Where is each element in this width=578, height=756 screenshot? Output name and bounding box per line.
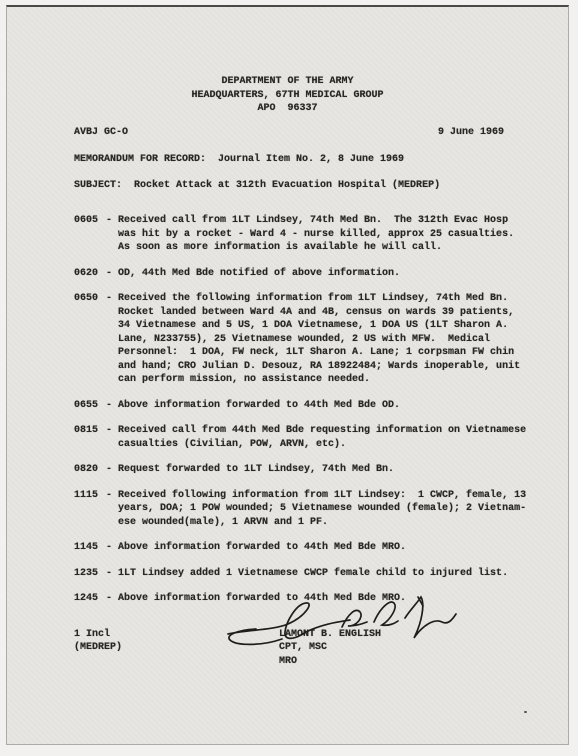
entry-text: Received call from 44th Med Bde requesti… (118, 424, 534, 451)
entry-separator: - (100, 541, 118, 555)
entry-separator: - (100, 424, 118, 451)
entry-time: 0605 (74, 214, 100, 255)
entry-separator: - (100, 592, 118, 606)
journal-entries: 0605 - Received call from 1LT Lindsey, 7… (74, 214, 534, 606)
entry-time: 0815 (74, 424, 100, 451)
entry-text: Received call from 1LT Lindsey, 74th Med… (118, 214, 534, 255)
entry-time: 0620 (74, 267, 100, 281)
signature-block: LAMONT B. ENGLISH CPT, MSC MRO (279, 628, 381, 669)
entry-separator: - (100, 399, 118, 413)
journal-entry-0655: 0655 - Above information forwarded to 44… (74, 399, 534, 413)
journal-entry-0650: 0650 - Received the following informatio… (74, 292, 534, 387)
signer-rank: CPT, MSC (279, 641, 381, 655)
subject-value: Rocket Attack at 312th Evacuation Hospit… (134, 179, 440, 193)
entry-time: 1245 (74, 592, 100, 606)
office-symbol-row: AVBJ GC-O 9 June 1969 (74, 126, 534, 140)
entry-text: Above information forwarded to 44th Med … (118, 592, 534, 606)
entry-text: Received the following information from … (118, 292, 534, 387)
subject-line: SUBJECT: Rocket Attack at 312th Evacuati… (74, 179, 534, 193)
entry-time: 1235 (74, 567, 100, 581)
letterhead-line-1: DEPARTMENT OF THE ARMY (7, 75, 568, 89)
scanned-memo-page: { "document": { "header": { "line1": "DE… (0, 0, 578, 756)
journal-entry-0620: 0620 - OD, 44th Med Bde notified of abov… (74, 267, 534, 281)
office-symbol: AVBJ GC-O (74, 126, 128, 140)
subject-label: SUBJECT: (74, 179, 122, 193)
entry-separator: - (100, 463, 118, 477)
signer-name: LAMONT B. ENGLISH (279, 628, 381, 642)
entry-text: OD, 44th Med Bde notified of above infor… (118, 267, 534, 281)
entry-text: Above information forwarded to 44th Med … (118, 541, 534, 555)
journal-entry-1115: 1115 - Received following information fr… (74, 489, 534, 530)
entry-text: Received following information from 1LT … (118, 489, 534, 530)
entry-time: 1145 (74, 541, 100, 555)
journal-entry-0605: 0605 - Received call from 1LT Lindsey, 7… (74, 214, 534, 255)
entry-text: 1LT Lindsey added 1 Vietnamese CWCP fema… (118, 567, 534, 581)
entry-time: 0650 (74, 292, 100, 387)
memorandum-value: Journal Item No. 2, 8 June 1969 (218, 153, 404, 167)
entry-text: Request forwarded to 1LT Lindsey, 74th M… (118, 463, 534, 477)
entry-separator: - (100, 267, 118, 281)
entry-time: 0820 (74, 463, 100, 477)
entry-separator: - (100, 489, 118, 530)
memorandum-line: MEMORANDUM FOR RECORD: Journal Item No. … (74, 153, 534, 167)
memo-page: DEPARTMENT OF THE ARMY HEADQUARTERS, 67T… (6, 5, 569, 745)
memorandum-label: MEMORANDUM FOR RECORD: (74, 153, 206, 167)
entry-time: 0655 (74, 399, 100, 413)
entry-separator: - (100, 567, 118, 581)
letterhead-line-2: HEADQUARTERS, 67TH MEDICAL GROUP (7, 89, 568, 103)
entry-time: 1115 (74, 489, 100, 530)
journal-entry-1145: 1145 - Above information forwarded to 44… (74, 541, 534, 555)
journal-entry-1235: 1235 - 1LT Lindsey added 1 Vietnamese CW… (74, 567, 534, 581)
journal-entry-0815: 0815 - Received call from 44th Med Bde r… (74, 424, 534, 451)
letterhead: DEPARTMENT OF THE ARMY HEADQUARTERS, 67T… (7, 75, 568, 116)
entry-text: Above information forwarded to 44th Med … (118, 399, 534, 413)
scan-artifact (524, 711, 527, 713)
signer-title: MRO (279, 655, 381, 669)
journal-entry-1245: 1245 - Above information forwarded to 44… (74, 592, 534, 606)
letterhead-line-3: APO 96337 (7, 102, 568, 116)
entry-separator: - (100, 292, 118, 387)
journal-entry-0820: 0820 - Request forwarded to 1LT Lindsey,… (74, 463, 534, 477)
entry-separator: - (100, 214, 118, 255)
closing-block: 1 Incl (MEDREP) LAMONT B. ENGLISH CPT, M… (74, 628, 534, 655)
document-date: 9 June 1969 (438, 126, 534, 140)
